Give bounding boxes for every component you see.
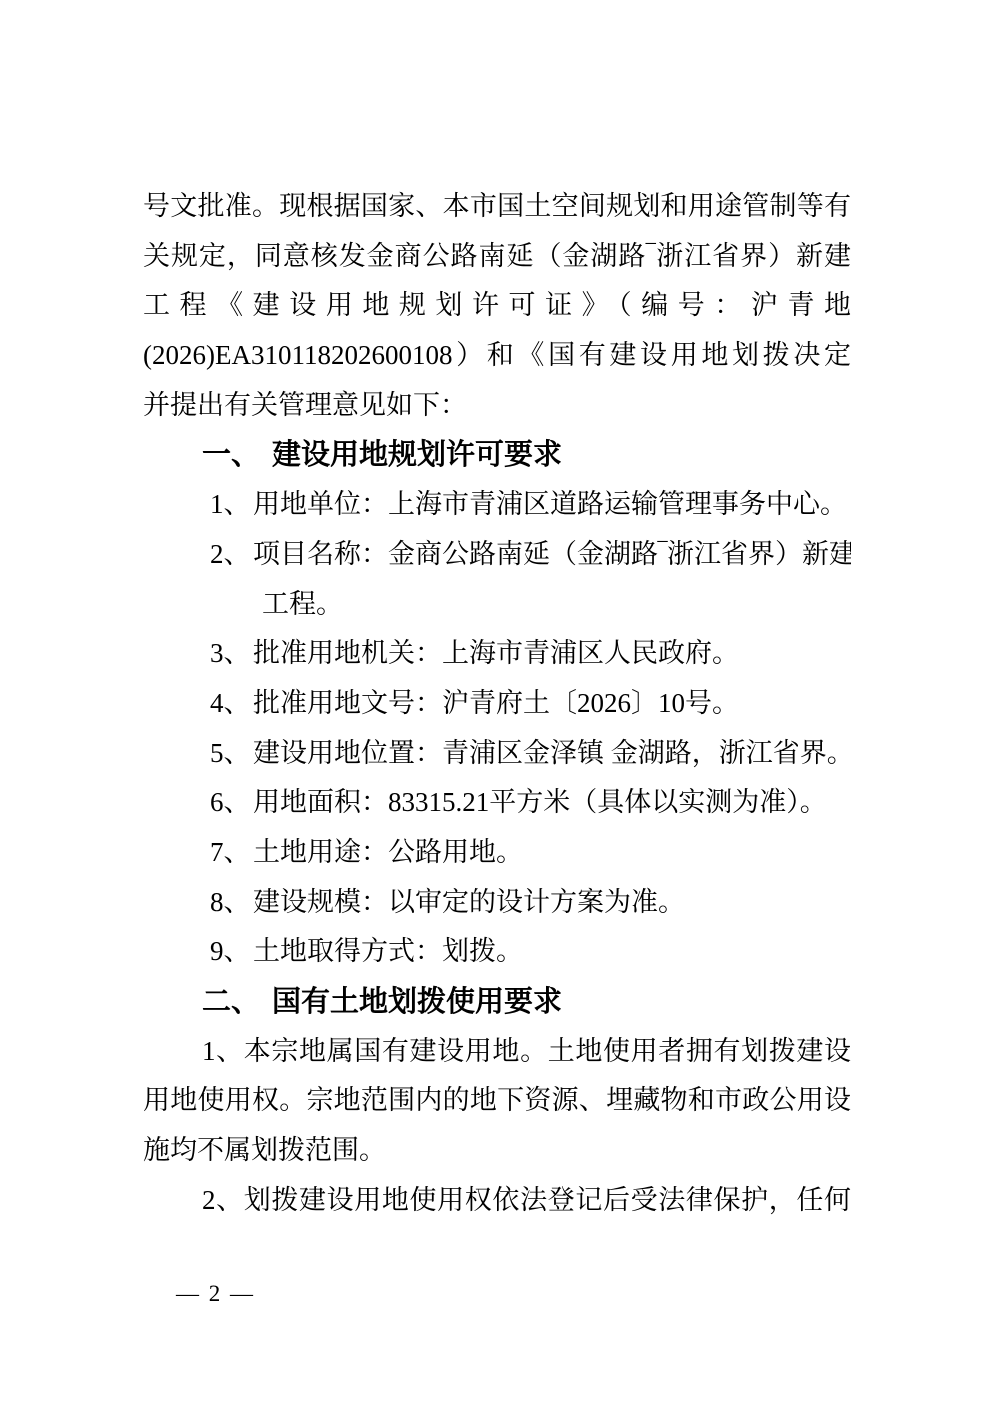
- item-text: 用地面积：83315.21平方米（具体以实测为准）。: [253, 778, 827, 828]
- list-item: 8、建设规模：以审定的设计方案为准。: [143, 878, 851, 928]
- document-page: 号文批准。现根据国家、本市国土空间规划和用途管制等有 关规定，同意核发金商公路南…: [0, 0, 992, 1403]
- item-number: 6、: [210, 778, 253, 828]
- item-text: 批准用地文号：沪青府土〔2026〕10号。: [253, 679, 739, 729]
- item-number: 4、: [210, 679, 253, 729]
- list-item: 4、批准用地文号：沪青府土〔2026〕10号。: [143, 679, 851, 729]
- item-number: 5、: [210, 729, 253, 779]
- list-item: 6、用地面积：83315.21平方米（具体以实测为准）。: [143, 778, 851, 828]
- intro-line: 工程《建设用地规划许可证》（编号：沪青地: [143, 281, 851, 331]
- list-item: 3、批准用地机关：上海市青浦区人民政府。: [143, 629, 851, 679]
- page-number: — 2 —: [176, 1279, 255, 1309]
- document-body: 号文批准。现根据国家、本市国土空间规划和用途管制等有 关规定，同意核发金商公路南…: [143, 182, 851, 1225]
- item-number: 2、: [210, 530, 253, 580]
- item-number: 8、: [210, 878, 253, 928]
- intro-line: 并提出有关管理意见如下：: [143, 381, 851, 431]
- paragraph-line: 用地使用权。宗地范围内的地下资源、埋藏物和市政公用设: [143, 1076, 851, 1126]
- section1-heading: 一、建设用地规划许可要求: [143, 430, 851, 480]
- list-item: 1、用地单位：上海市青浦区道路运输管理事务中心。: [143, 480, 851, 530]
- list-item: 2、项目名称：金商公路南延（金湖路‾浙江省界）新建: [143, 530, 851, 580]
- item-text: 批准用地机关：上海市青浦区人民政府。: [253, 629, 739, 679]
- section1-number: 一、: [202, 430, 272, 480]
- paragraph-line: 施均不属划拨范围。: [143, 1126, 851, 1176]
- section2-heading: 二、国有土地划拨使用要求: [143, 977, 851, 1027]
- paragraph-line: 1、本宗地属国有建设用地。土地使用者拥有划拨建设: [143, 1027, 851, 1077]
- item-number: 7、: [210, 828, 253, 878]
- item-text: 用地单位：上海市青浦区道路运输管理事务中心。: [253, 480, 847, 530]
- intro-line: 号文批准。现根据国家、本市国土空间规划和用途管制等有: [143, 182, 851, 232]
- item-text: 土地用途：公路用地。: [253, 828, 523, 878]
- item-number: 9、: [210, 927, 253, 977]
- list-item-continuation: 工程。: [143, 580, 851, 630]
- item-text: 建设规模：以审定的设计方案为准。: [253, 878, 685, 928]
- item-text: 项目名称：金商公路南延（金湖路‾浙江省界）新建: [253, 530, 851, 580]
- section1-title: 建设用地规划许可要求: [272, 437, 562, 471]
- intro-line: 关规定，同意核发金商公路南延（金湖路‾浙江省界）新建: [143, 232, 851, 282]
- list-item: 5、建设用地位置：青浦区金泽镇 金湖路，浙江省界。: [143, 729, 851, 779]
- list-item: 7、土地用途：公路用地。: [143, 828, 851, 878]
- paragraph-line: 2、划拨建设用地使用权依法登记后受法律保护，任何: [143, 1176, 851, 1226]
- item-number: 3、: [210, 629, 253, 679]
- section2-number: 二、: [202, 977, 272, 1027]
- item-text: 土地取得方式：划拨。: [253, 927, 523, 977]
- item-number: 1、: [210, 480, 253, 530]
- item-text: 建设用地位置：青浦区金泽镇 金湖路，浙江省界。: [253, 729, 851, 779]
- section2-title: 国有土地划拨使用要求: [272, 984, 562, 1018]
- intro-line: (2026)EA310118202600108）和《国有建设用地划拨决定书》，: [143, 331, 851, 381]
- list-item: 9、土地取得方式：划拨。: [143, 927, 851, 977]
